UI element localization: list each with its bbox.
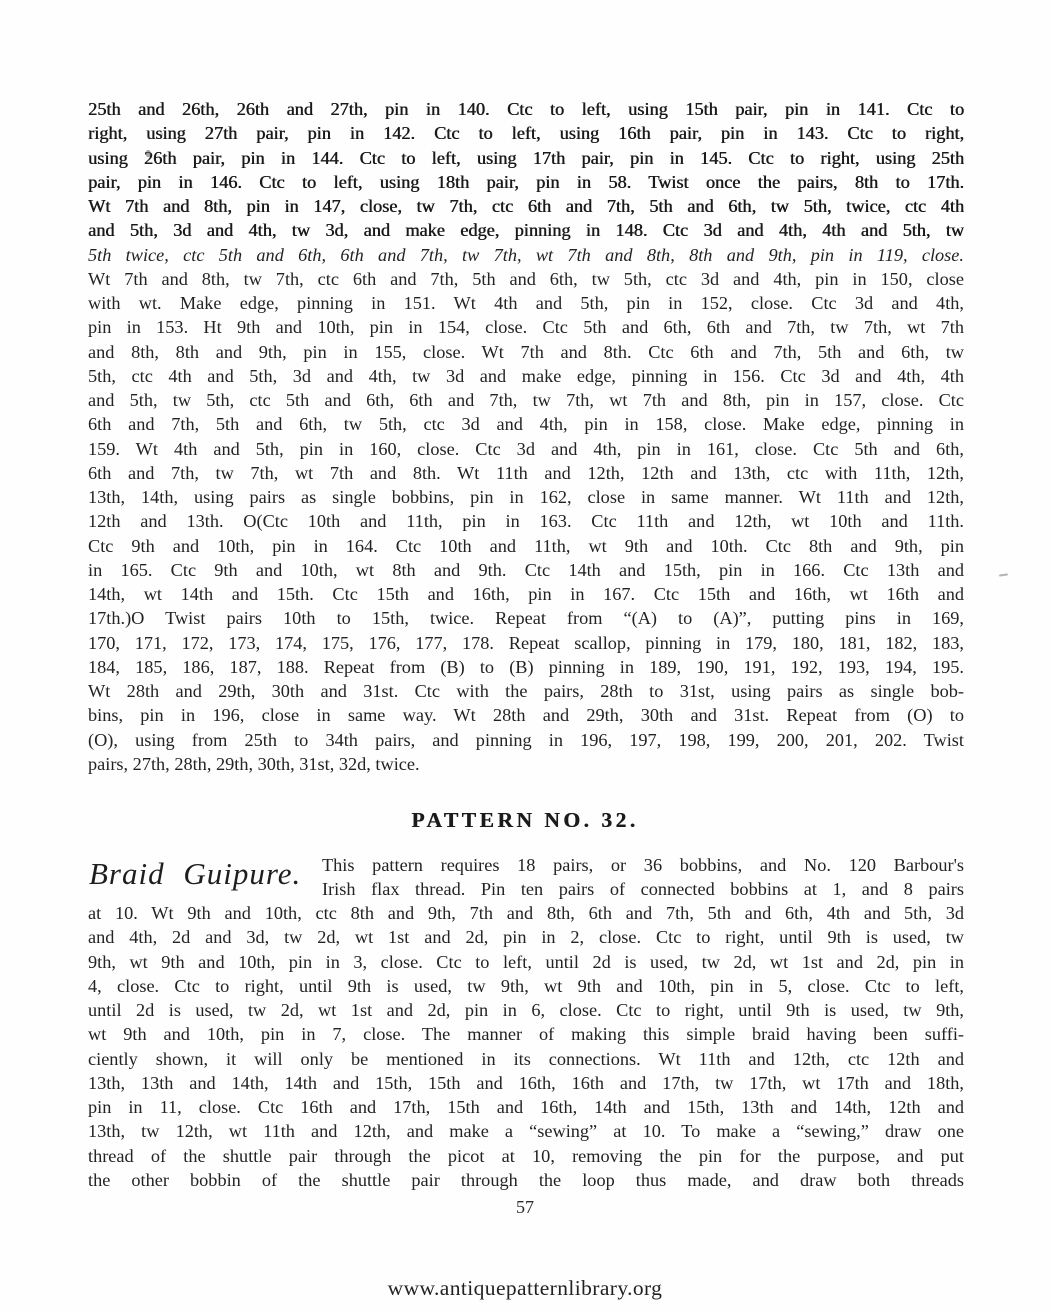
scan-artifact <box>146 150 151 157</box>
text-line: Irish flax thread. Pin ten pairs of conn… <box>322 877 964 901</box>
text-line: 6th and 7th, 5th and 6th, tw 5th, ctc 3d… <box>88 412 964 436</box>
text-line: ciently shown, it will only be mentioned… <box>88 1047 964 1071</box>
text-line: in 165. Ctc 9th and 10th, wt 8th and 9th… <box>88 558 964 582</box>
scan-artifact <box>999 573 1008 576</box>
text-line: 170, 171, 172, 173, 174, 175, 176, 177, … <box>88 631 964 655</box>
section-title: Braid Guipure. <box>89 856 321 892</box>
text-line: 4, close. Ctc to right, until 9th is use… <box>88 974 964 998</box>
scanned-page: 25th and 26th, 26th and 27th, pin in 140… <box>0 0 1050 1313</box>
text-line: 159. Wt 4th and 5th, pin in 160, close. … <box>88 437 964 461</box>
text-line: pairs, 27th, 28th, 29th, 30th, 31st, 32d… <box>88 752 964 776</box>
page-number: 57 <box>0 1197 1050 1218</box>
footer-url: www.antiquepatternlibrary.org <box>0 1276 1050 1301</box>
text-line: 13th, tw 12th, wt 11th and 12th, and mak… <box>88 1119 964 1143</box>
text-line: Wt 28th and 29th, 30th and 31st. Ctc wit… <box>88 679 964 703</box>
text-line: 13th, 14th, using pairs as single bobbin… <box>88 485 964 509</box>
text-line: 12th and 13th. O(Ctc 10th and 11th, pin … <box>88 509 964 533</box>
text-line: the other bobbin of the shuttle pair thr… <box>88 1168 964 1192</box>
text-line: with wt. Make edge, pinning in 151. Wt 4… <box>88 291 964 315</box>
text-line: and 4th, 2d and 3d, tw 2d, wt 1st and 2d… <box>88 925 964 949</box>
text-line: and 5th, 3d and 4th, tw 3d, and make edg… <box>88 218 964 242</box>
text-line: 13th, 13th and 14th, 14th and 15th, 15th… <box>88 1071 964 1095</box>
text-line: (O), using from 25th to 34th pairs, and … <box>88 728 964 752</box>
text-line: using 26th pair, pin in 144. Ctc to left… <box>88 146 964 170</box>
text-line: 5th twice, ctc 5th and 6th, 6th and 7th,… <box>88 243 964 267</box>
text-line: 14th, wt 14th and 15th. Ctc 15th and 16t… <box>88 582 964 606</box>
text-line: 6th and 7th, tw 7th, wt 7th and 8th. Wt … <box>88 461 964 485</box>
text-line: This pattern requires 18 pairs, or 36 bo… <box>322 853 964 877</box>
text-line: 5th, ctc 4th and 5th, 3d and 4th, tw 3d … <box>88 364 964 388</box>
text-line: 9th, wt 9th and 10th, pin in 3, close. C… <box>88 950 964 974</box>
section-intro: This pattern requires 18 pairs, or 36 bo… <box>322 853 964 902</box>
text-line: Wt 7th and 8th, pin in 147, close, tw 7t… <box>88 194 964 218</box>
text-line: and 5th, tw 5th, ctc 5th and 6th, 6th an… <box>88 388 964 412</box>
text-line: 184, 185, 186, 187, 188. Repeat from (B)… <box>88 655 964 679</box>
text-line: Ctc 9th and 10th, pin in 164. Ctc 10th a… <box>88 534 964 558</box>
text-line: 25th and 26th, 26th and 27th, pin in 140… <box>88 97 964 121</box>
pattern-heading: PATTERN NO. 32. <box>0 808 1050 833</box>
pattern-continuation-paragraph: 25th and 26th, 26th and 27th, pin in 140… <box>88 97 964 776</box>
text-line: and 8th, 8th and 9th, pin in 155, close.… <box>88 340 964 364</box>
text-line: until 2d is used, tw 2d, wt 1st and 2d, … <box>88 998 964 1022</box>
text-line: Wt 7th and 8th, tw 7th, ctc 6th and 7th,… <box>88 267 964 291</box>
text-line: right, using 27th pair, pin in 142. Ctc … <box>88 121 964 145</box>
section-body: at 10. Wt 9th and 10th, ctc 8th and 9th,… <box>88 901 964 1192</box>
text-line: bins, pin in 196, close in same way. Wt … <box>88 703 964 727</box>
text-line: pin in 11, close. Ctc 16th and 17th, 15t… <box>88 1095 964 1119</box>
text-line: pin in 153. Ht 9th and 10th, pin in 154,… <box>88 315 964 339</box>
scan-artifact <box>160 133 163 136</box>
text-line: thread of the shuttle pair through the p… <box>88 1144 964 1168</box>
text-line: 17th.)O Twist pairs 10th to 15th, twice.… <box>88 606 964 630</box>
text-line: at 10. Wt 9th and 10th, ctc 8th and 9th,… <box>88 901 964 925</box>
text-line: pair, pin in 146. Ctc to left, using 18t… <box>88 170 964 194</box>
text-line: wt 9th and 10th, pin in 7, close. The ma… <box>88 1022 964 1046</box>
